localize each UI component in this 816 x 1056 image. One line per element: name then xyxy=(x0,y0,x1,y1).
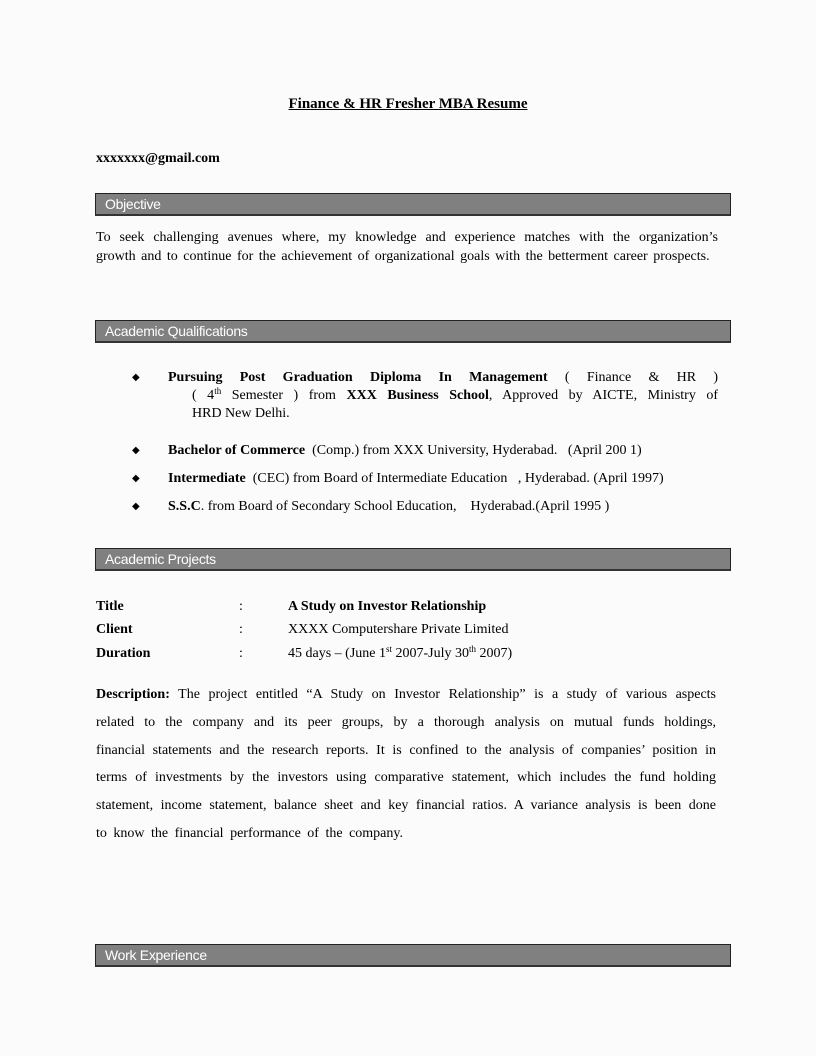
project-duration: 45 days – (June 1st 2007-July 30th 2007) xyxy=(288,644,512,664)
qualification-detail: ( 4 xyxy=(192,388,214,403)
qualification-title: Pursuing Post Graduation Diploma In Mana… xyxy=(168,370,548,385)
description-text: The project entitled “A Study on Investo… xyxy=(96,687,716,841)
diamond-bullet-icon: ◆ xyxy=(132,498,140,516)
objective-text: To seek challenging avenues where, my kn… xyxy=(96,228,718,266)
field-separator: : xyxy=(239,597,243,617)
description-label: Description: xyxy=(96,687,170,702)
qualification-detail: HRD New Delhi. xyxy=(168,405,718,423)
qualification-detail: (Comp.) from XXX University, Hyderabad. … xyxy=(312,443,642,458)
email: xxxxxxx@gmail.com xyxy=(96,151,220,167)
field-label: Duration xyxy=(96,644,150,664)
qualification-title: S.S.C xyxy=(168,499,201,514)
qualification-detail: (CEC) from Board of Intermediate Educati… xyxy=(253,471,664,486)
project-client: XXXX Computershare Private Limited xyxy=(288,620,508,640)
qualification-detail: ( Finance & HR ) xyxy=(565,370,718,385)
diamond-bullet-icon: ◆ xyxy=(132,470,140,488)
project-title: A Study on Investor Relationship xyxy=(288,597,486,617)
diamond-bullet-icon: ◆ xyxy=(132,442,140,460)
field-label: Title xyxy=(96,597,124,617)
qualification-detail: . from Board of Secondary School Educati… xyxy=(201,499,610,514)
section-header-academic-qualifications: Academic Qualifications xyxy=(95,320,731,343)
field-label: Client xyxy=(96,620,133,640)
qualification-detail: , Approved by AICTE, Ministry of xyxy=(489,388,718,403)
qualification-title: Bachelor of Commerce xyxy=(168,443,305,458)
section-header-academic-projects: Academic Projects xyxy=(95,548,731,571)
page-title: Finance & HR Fresher MBA Resume xyxy=(0,96,816,113)
qualification-title: Intermediate xyxy=(168,471,246,486)
project-duration-row: Duration : 45 days – (June 1st 2007-July… xyxy=(96,644,736,664)
section-header-work-experience: Work Experience xyxy=(95,944,731,967)
qualification-detail: Semester ) from xyxy=(221,388,346,403)
diamond-bullet-icon: ◆ xyxy=(132,369,140,387)
project-client-row: Client : XXXX Computershare Private Limi… xyxy=(96,620,736,640)
project-title-row: Title : A Study on Investor Relationship xyxy=(96,597,736,617)
field-separator: : xyxy=(239,644,243,664)
field-separator: : xyxy=(239,620,243,640)
section-header-objective: Objective xyxy=(95,193,731,216)
school-name: XXX Business School xyxy=(346,388,488,403)
project-description: Description: The project entitled “A Stu… xyxy=(96,681,716,848)
